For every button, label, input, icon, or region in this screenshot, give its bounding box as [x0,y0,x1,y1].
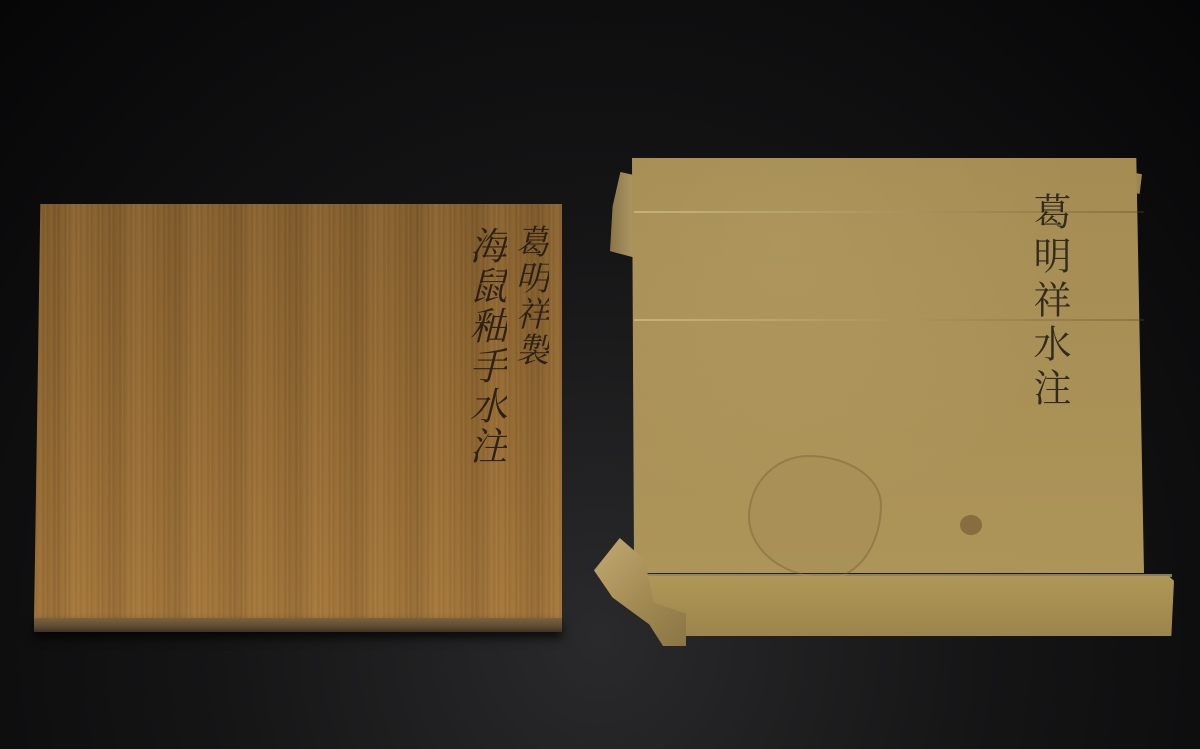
paper-box-front-side [644,576,1174,636]
paper-flap-left [610,172,636,258]
small-stain [960,515,982,535]
box-inscription: 葛明祥水注 [1030,192,1068,412]
lid-inscription-maker: 葛明祥製 [512,224,546,484]
photo-scene: 葛明祥製 海鼠釉手水注 葛明祥水注 [0,0,1200,749]
wooden-lid-edge [34,618,562,632]
lid-inscription-title: 海鼠釉手水注 [466,226,504,486]
